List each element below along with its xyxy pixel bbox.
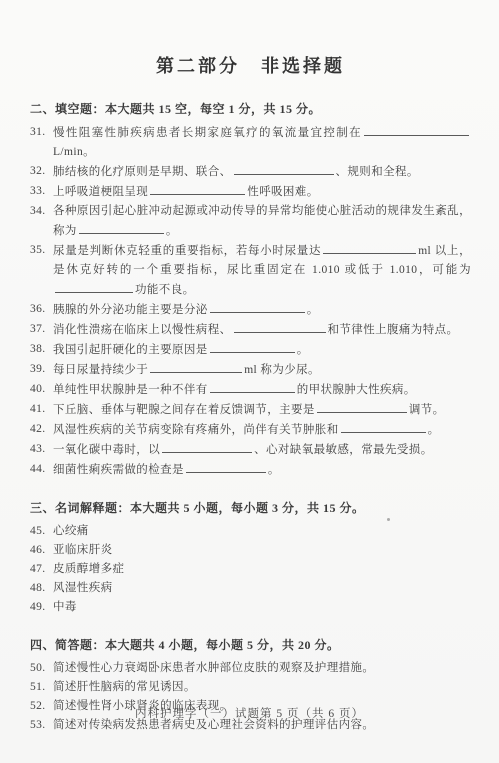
question-number: 36.: [30, 300, 53, 320]
question-number: 34.: [30, 202, 53, 241]
question-item: 45.心绞痛: [30, 522, 471, 541]
question-item: 47.皮质醇增多症: [30, 560, 471, 579]
fill-in-blank-line: [210, 380, 295, 393]
question-item: 32.肺结核的化疗原则是早期、联合、、规则和全程。: [30, 162, 471, 182]
question-text: 慢性阻塞性肺疾病患者长期家庭氧疗的氧流量宜控制在L/min。: [53, 123, 471, 162]
question-item: 38.我国引起肝硬化的主要原因是。: [30, 340, 471, 360]
question-item: 42.风湿性疾病的关节病变除有疼痛外，尚伴有关节肿胀和。: [30, 420, 471, 440]
scan-speck: [387, 518, 390, 521]
fill-in-blank-line: [210, 300, 305, 313]
question-number: 50.: [30, 659, 53, 678]
question-item: 40.单纯性甲状腺肿是一种不伴有的甲状腺肿大性疾病。: [30, 380, 471, 400]
question-item: 50.简述慢性心力衰竭卧床患者水肿部位皮肤的观察及护理措施。: [30, 659, 471, 678]
question-text: 一氧化碳中毒时，以、心对缺氧最敏感，常最先受损。: [53, 440, 471, 460]
fill-in-blank-line: [186, 460, 266, 473]
fill-in-blank-line: [79, 221, 164, 234]
page-footer: 内科护理学（一）试题第 5 页（共 6 页）: [0, 705, 499, 721]
fill-in-blank-line: [317, 400, 407, 413]
fill-in-blank-line: [234, 162, 334, 175]
question-text: 下丘脑、垂体与靶腺之间存在着反馈调节，主要是调节。: [53, 400, 471, 420]
question-number: 32.: [30, 162, 53, 182]
question-item: 31.慢性阻塞性肺疾病患者长期家庭氧疗的氧流量宜控制在L/min。: [30, 123, 471, 162]
question-number: 49.: [30, 598, 53, 617]
question-number: 45.: [30, 522, 53, 541]
question-text: 皮质醇增多症: [53, 560, 471, 579]
section-0: 二、填空题：本大题共 15 空，每空 1 分，共 15 分。31.慢性阻塞性肺疾…: [30, 100, 471, 480]
page-title: 第二部分 非选择题: [30, 54, 471, 78]
question-number: 31.: [30, 123, 53, 162]
question-number: 41.: [30, 400, 53, 420]
fill-in-blank-line: [55, 280, 133, 293]
fill-in-blank-line: [364, 123, 469, 136]
question-number: 44.: [30, 460, 53, 480]
section-heading: 三、名词解释题：本大题共 5 小题，每小题 3 分，共 15 分。: [30, 499, 471, 518]
question-item: 48.风湿性疾病: [30, 579, 471, 598]
section-heading: 二、填空题：本大题共 15 空，每空 1 分，共 15 分。: [30, 100, 471, 119]
question-text: 消化性溃疡在临床上以慢性病程、和节律性上腹痛为特点。: [53, 320, 471, 340]
exam-page: 第二部分 非选择题 二、填空题：本大题共 15 空，每空 1 分，共 15 分。…: [0, 0, 499, 763]
question-item: 33.上呼吸道梗阻呈现性呼吸困难。: [30, 182, 471, 202]
question-item: 43.一氧化碳中毒时，以、心对缺氧最敏感，常最先受损。: [30, 440, 471, 460]
question-number: 43.: [30, 440, 53, 460]
question-number: 37.: [30, 320, 53, 340]
question-number: 46.: [30, 541, 53, 560]
question-item: 34.各种原因引起心脏冲动起源或冲动传导的异常均能使心脏活动的规律发生紊乱，称为…: [30, 202, 471, 241]
question-number: 48.: [30, 579, 53, 598]
question-text: 心绞痛: [53, 522, 471, 541]
question-text: 简述慢性心力衰竭卧床患者水肿部位皮肤的观察及护理措施。: [53, 659, 471, 678]
question-number: 40.: [30, 380, 53, 400]
question-number: 42.: [30, 420, 53, 440]
sections-container: 二、填空题：本大题共 15 空，每空 1 分，共 15 分。31.慢性阻塞性肺疾…: [30, 100, 471, 735]
question-item: 41.下丘脑、垂体与靶腺之间存在着反馈调节，主要是调节。: [30, 400, 471, 420]
question-text: 我国引起肝硬化的主要原因是。: [53, 340, 471, 360]
fill-in-blank-line: [210, 340, 295, 353]
question-text: 各种原因引起心脏冲动起源或冲动传导的异常均能使心脏活动的规律发生紊乱，称为。: [53, 202, 471, 241]
question-item: 37.消化性溃疡在临床上以慢性病程、和节律性上腹痛为特点。: [30, 320, 471, 340]
fill-in-blank-line: [150, 360, 242, 373]
question-number: 51.: [30, 678, 53, 697]
fill-in-blank-line: [323, 241, 416, 254]
question-text: 单纯性甲状腺肿是一种不伴有的甲状腺肿大性疾病。: [53, 380, 471, 400]
question-text: 简述肝性脑病的常见诱因。: [53, 678, 471, 697]
question-number: 33.: [30, 182, 53, 202]
fill-in-blank-line: [150, 182, 245, 195]
question-item: 46.亚临床肝炎: [30, 541, 471, 560]
fill-in-blank-line: [234, 320, 326, 333]
question-number: 47.: [30, 560, 53, 579]
section-heading: 四、简答题：本大题共 4 小题，每小题 5 分，共 20 分。: [30, 636, 471, 655]
question-item: 39.每日尿量持续少于ml 称为少尿。: [30, 360, 471, 380]
fill-in-blank-line: [341, 420, 426, 433]
question-item: 51.简述肝性脑病的常见诱因。: [30, 678, 471, 697]
question-text: 上呼吸道梗阻呈现性呼吸困难。: [53, 182, 471, 202]
question-number: 35.: [30, 241, 53, 300]
question-text: 风湿性疾病的关节病变除有疼痛外，尚伴有关节肿胀和。: [53, 420, 471, 440]
question-text: 中毒: [53, 598, 471, 617]
question-text: 亚临床肝炎: [53, 541, 471, 560]
question-text: 尿量是判断休克轻重的重要指标，若每小时尿量达ml 以上，是休克好转的一个重要指标…: [53, 241, 471, 300]
question-item: 49.中毒: [30, 598, 471, 617]
question-text: 肺结核的化疗原则是早期、联合、、规则和全程。: [53, 162, 471, 182]
question-text: 胰腺的外分泌功能主要是分泌。: [53, 300, 471, 320]
question-text: 每日尿量持续少于ml 称为少尿。: [53, 360, 471, 380]
question-number: 38.: [30, 340, 53, 360]
question-text: 风湿性疾病: [53, 579, 471, 598]
fill-in-blank-line: [162, 440, 252, 453]
section-1: 三、名词解释题：本大题共 5 小题，每小题 3 分，共 15 分。45.心绞痛4…: [30, 499, 471, 617]
question-text: 细菌性痢疾需做的检查是。: [53, 460, 471, 480]
question-item: 36.胰腺的外分泌功能主要是分泌。: [30, 300, 471, 320]
question-number: 39.: [30, 360, 53, 380]
question-item: 35.尿量是判断休克轻重的重要指标，若每小时尿量达ml 以上，是休克好转的一个重…: [30, 241, 471, 300]
question-item: 44.细菌性痢疾需做的检查是。: [30, 460, 471, 480]
